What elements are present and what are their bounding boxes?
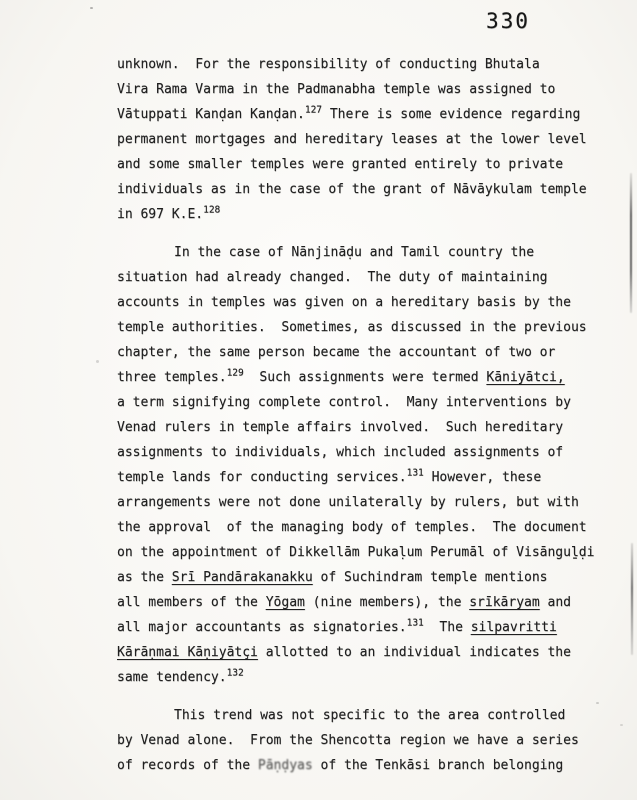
text-line: Venad rulers in temple affairs involved.… — [117, 415, 609, 440]
text-segment: a term signifying complete control. Many… — [117, 395, 571, 410]
text-segment: silpavritti — [471, 620, 557, 635]
footnote-reference: 131 — [407, 618, 424, 629]
text-segment: chapter, the same person became the acco… — [117, 345, 555, 360]
text-segment: three temples. — [117, 370, 227, 385]
text-line: assignments to individuals, which includ… — [117, 440, 609, 465]
text-segment: arrangements were not done unilaterally … — [117, 495, 579, 510]
text-segment: Vira Rama Varma in the Padmanabha temple… — [117, 82, 555, 97]
page-number: 330 — [486, 9, 530, 33]
text-segment: and — [540, 595, 571, 610]
text-segment: in 697 K.E. — [117, 207, 203, 222]
text-segment: In the case of Nānjināḍu and Tamil count… — [174, 245, 534, 260]
text-line: all major accountants as signatories.131… — [117, 615, 609, 640]
text-segment: individuals as in the case of the grant … — [117, 182, 587, 197]
text-line: accounts in temples was given on a hered… — [117, 290, 609, 315]
text-line: as the Srī Pandārakanakku of Suchindram … — [117, 565, 609, 590]
text-line: same tendency.132 — [117, 665, 609, 690]
text-line: three temples.129 Such assignments were … — [117, 365, 609, 390]
scan-artifact-line — [630, 173, 632, 313]
text-segment: Yōgam — [266, 595, 305, 610]
text-segment: Srī Pandārakanakku — [172, 570, 313, 585]
footnote-reference: 129 — [227, 368, 244, 379]
text-line: of records of the Pāṇḍyas of the Tenkāsi… — [117, 753, 609, 778]
text-segment: of records of the — [117, 758, 258, 773]
scan-artifact-line — [631, 543, 633, 655]
scan-speckle — [545, 766, 547, 768]
scan-speckle — [90, 7, 93, 9]
scan-speckle — [96, 360, 99, 363]
text-line: unknown. For the responsibility of condu… — [117, 52, 609, 77]
scan-speckle — [620, 724, 623, 726]
text-segment: temple lands for conducting services. — [117, 470, 407, 485]
paragraph: This trend was not specific to the area … — [117, 703, 609, 778]
text-segment: all major accountants as signatories. — [117, 620, 407, 635]
text-segment: Such assignments were termed — [244, 370, 487, 385]
text-line: and some smaller temples were granted en… — [117, 152, 609, 177]
text-line: all members of the Yōgam (nine members),… — [117, 590, 609, 615]
text-segment: srīkāryam — [469, 595, 539, 610]
text-segment: on the appointment of Dikkellām Pukaḷum … — [117, 545, 594, 560]
text-segment: as the — [117, 570, 172, 585]
text-segment: However, these — [424, 470, 541, 485]
paragraph: unknown. For the responsibility of condu… — [117, 52, 609, 227]
text-line: individuals as in the case of the grant … — [117, 177, 609, 202]
text-line: Vātuppati Kanḍan Kanḍan.127 There is som… — [117, 102, 609, 127]
text-segment: the approval of the managing body of tem… — [117, 520, 587, 535]
text-line: situation had already changed. The duty … — [117, 265, 609, 290]
scanned-document-page: { "page": { "number": "330" }, "content"… — [0, 0, 637, 800]
document-body: unknown. For the responsibility of condu… — [117, 52, 609, 778]
text-segment: assignments to individuals, which includ… — [117, 445, 563, 460]
text-segment: and some smaller temples were granted en… — [117, 157, 563, 172]
text-segment: by Venad alone. From the Shencotta regio… — [117, 733, 579, 748]
text-line: by Venad alone. From the Shencotta regio… — [117, 728, 609, 753]
text-segment: There is some evidence regarding — [322, 107, 580, 122]
text-line: chapter, the same person became the acco… — [117, 340, 609, 365]
text-line: temple lands for conducting services.131… — [117, 465, 609, 490]
text-line: permanent mortgages and hereditary lease… — [117, 127, 609, 152]
text-segment: accounts in temples was given on a hered… — [117, 295, 571, 310]
text-segment: allotted to an individual indicates the — [258, 645, 571, 660]
text-segment: Venad rulers in temple affairs involved.… — [117, 420, 563, 435]
text-segment: This trend was not specific to the area … — [174, 708, 565, 723]
text-segment: Pāṇḍyas — [258, 758, 313, 773]
text-segment: all members of the — [117, 595, 266, 610]
text-segment: situation had already changed. The duty … — [117, 270, 547, 285]
text-line: arrangements were not done unilaterally … — [117, 490, 609, 515]
text-line: the approval of the managing body of tem… — [117, 515, 609, 540]
text-segment: Kārāṇmai Kāṇiyātçi — [117, 645, 258, 660]
text-line: This trend was not specific to the area … — [117, 703, 609, 728]
scan-speckle — [596, 702, 599, 704]
footnote-reference: 131 — [407, 468, 424, 479]
text-segment: Kāniyātci, — [486, 370, 564, 385]
text-segment: permanent mortgages and hereditary lease… — [117, 132, 587, 147]
text-segment: of Suchindram temple mentions — [313, 570, 548, 585]
text-line: temple authorities. Sometimes, as discus… — [117, 315, 609, 340]
text-line: a term signifying complete control. Many… — [117, 390, 609, 415]
text-segment: unknown. For the responsibility of condu… — [117, 57, 540, 72]
text-segment: (nine members), the — [305, 595, 469, 610]
text-segment: The — [424, 620, 471, 635]
text-line: on the appointment of Dikkellām Pukaḷum … — [117, 540, 609, 565]
footnote-reference: 132 — [227, 668, 244, 679]
footnote-reference: 127 — [305, 105, 322, 116]
paragraph: In the case of Nānjināḍu and Tamil count… — [117, 240, 609, 690]
text-segment: of the Tenkāsi branch belonging — [313, 758, 563, 773]
text-segment: Vātuppati Kanḍan Kanḍan. — [117, 107, 305, 122]
text-segment: temple authorities. Sometimes, as discus… — [117, 320, 587, 335]
text-segment: same tendency. — [117, 670, 227, 685]
footnote-reference: 128 — [203, 205, 220, 216]
text-line: in 697 K.E.128 — [117, 202, 609, 227]
text-line: In the case of Nānjināḍu and Tamil count… — [117, 240, 609, 265]
text-line: Vira Rama Varma in the Padmanabha temple… — [117, 77, 609, 102]
text-line: Kārāṇmai Kāṇiyātçi allotted to an indivi… — [117, 640, 609, 665]
